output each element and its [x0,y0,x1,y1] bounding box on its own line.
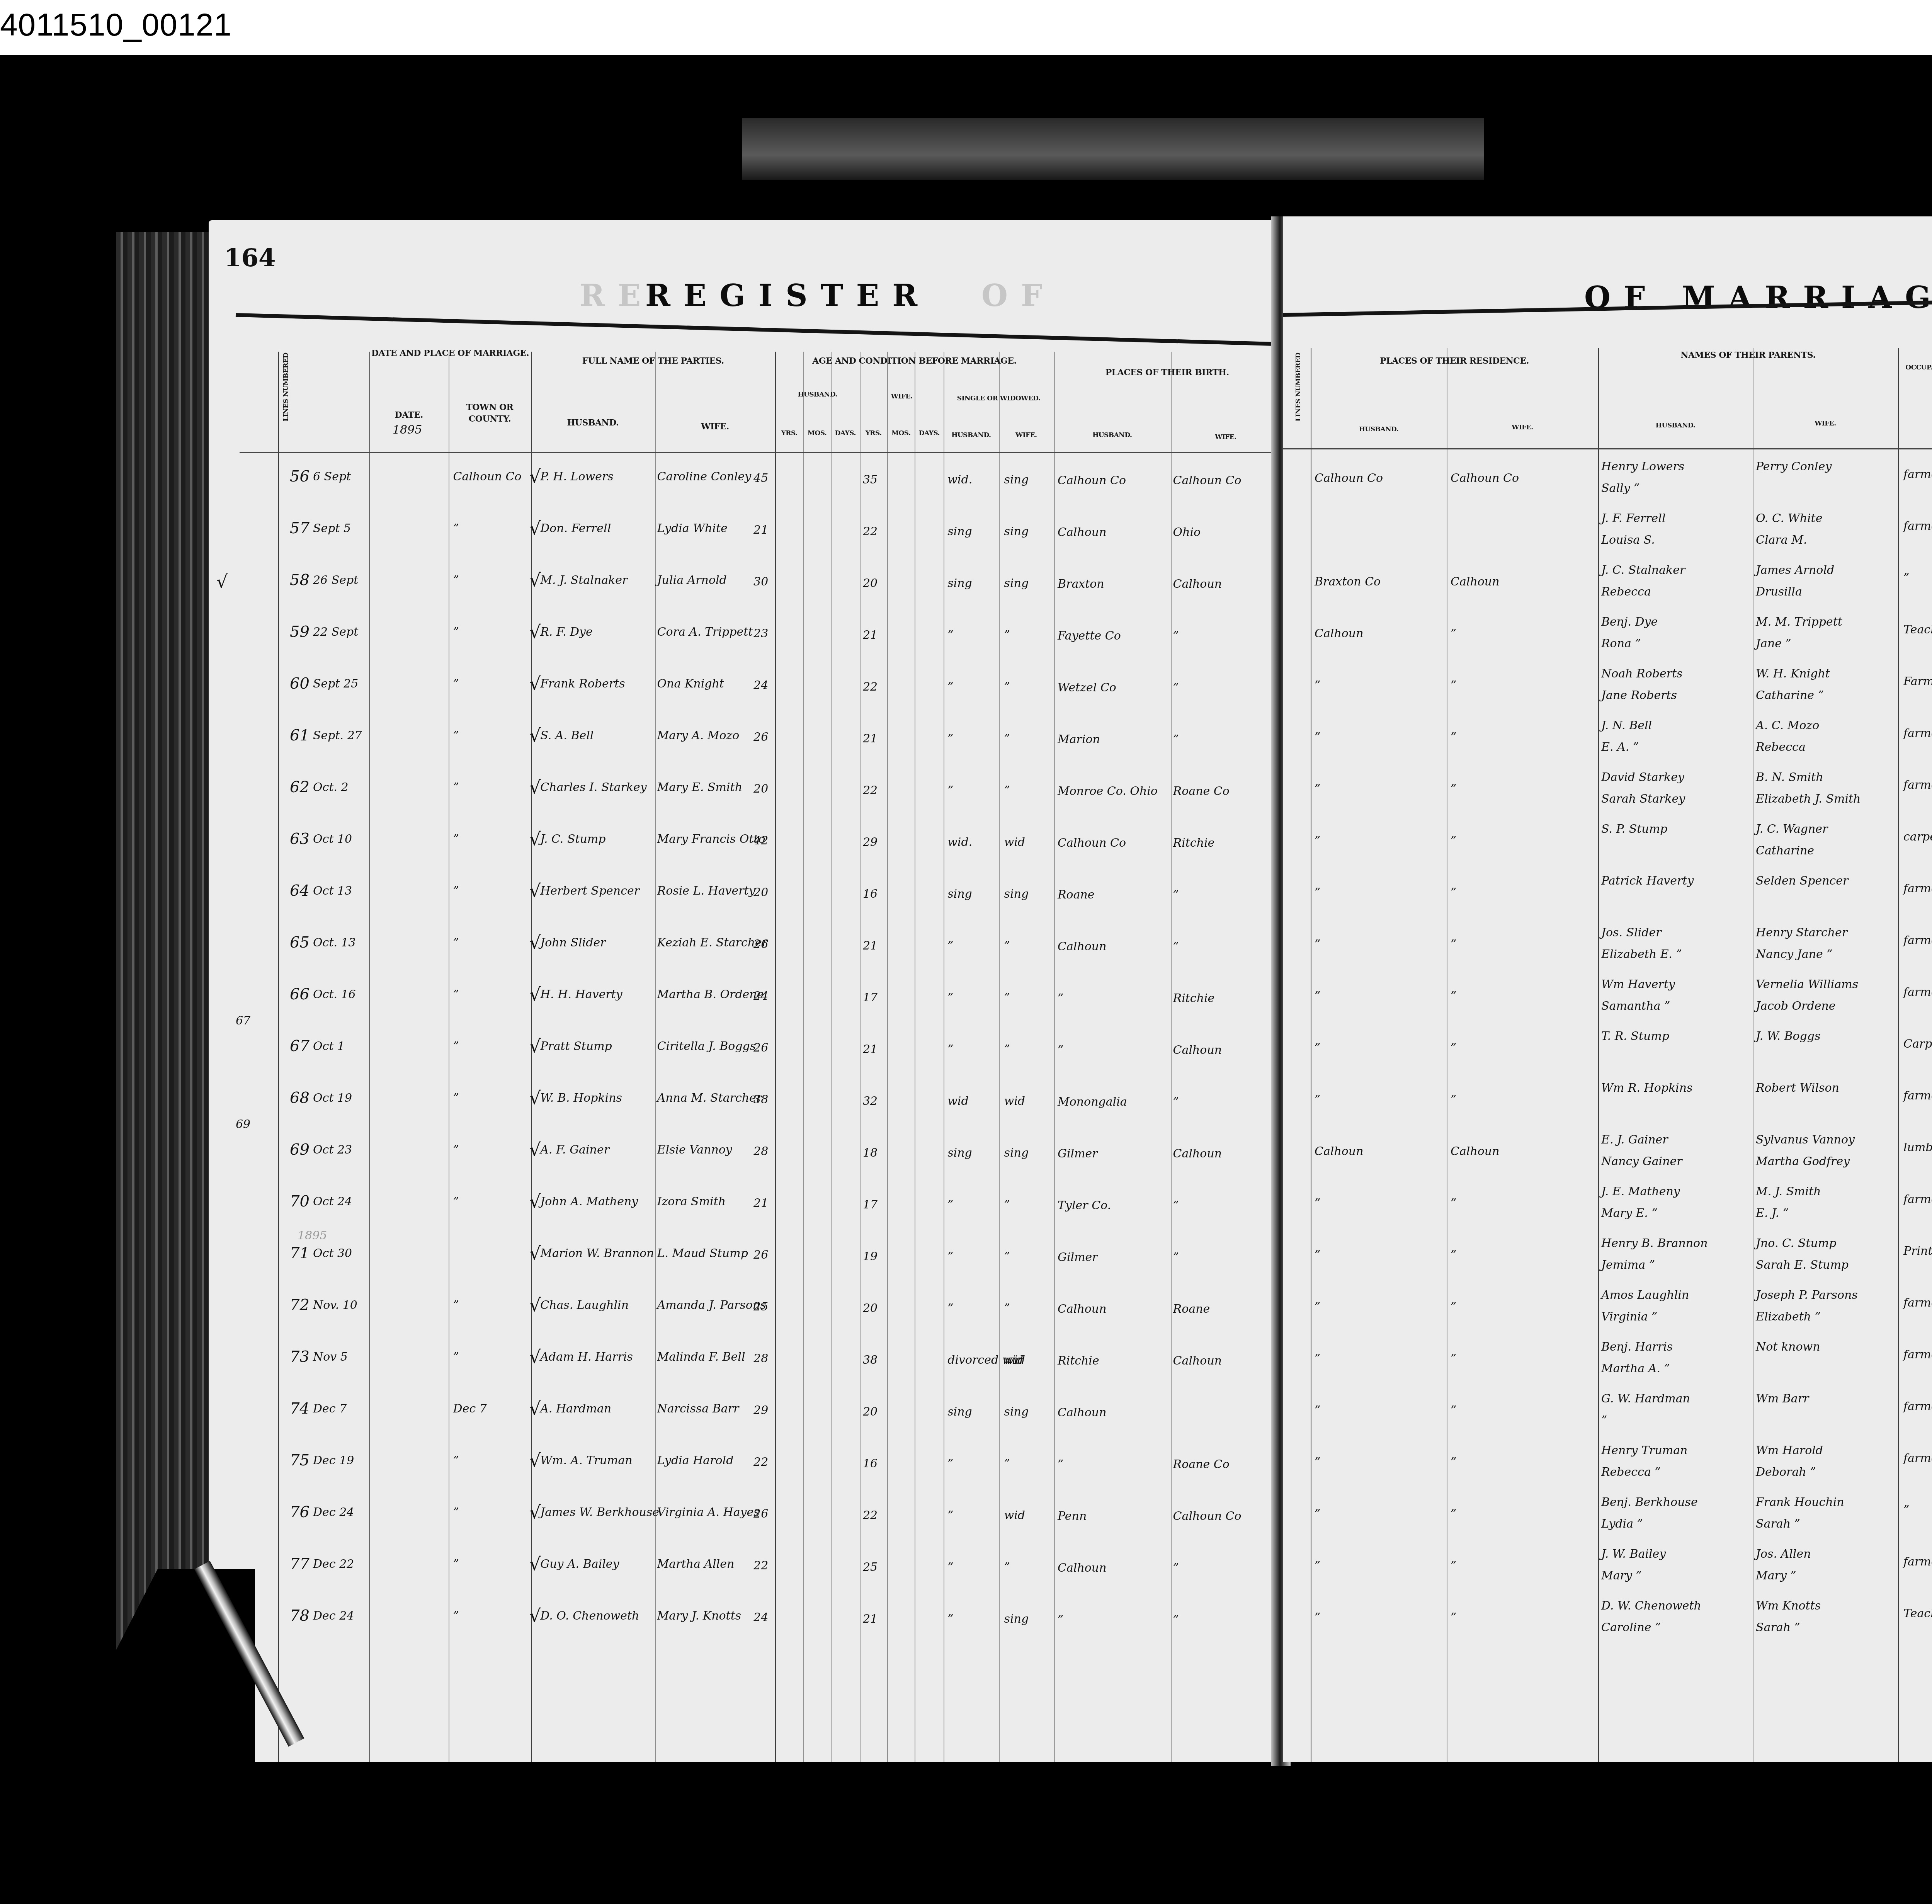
wife-age: 16 [863,887,878,901]
husband-occupation: Carpenter [1903,1037,1932,1051]
wife-birthplace: Calhoun [1173,1354,1222,1368]
husband-name: H. H. Haverty [540,988,622,1001]
check-mark-icon: √ [529,621,541,642]
line-number: 68 [290,1089,310,1107]
line-number: 76 [290,1503,310,1521]
table-row: 77Dec 22”√Guy A. BaileyMartha Allen2225”… [209,1555,1279,1607]
wife-age: 38 [863,1353,878,1367]
husband-name: M. J. Stalnaker [540,573,628,587]
header-mos: Mos. [887,429,915,438]
table-row: 70Oct 24”√John A. MathenyIzora Smith2117… [209,1193,1279,1244]
marriage-town: ” [453,729,459,742]
table-row: 566 SeptCalhoun Co√P. H. LowersCaroline … [209,468,1279,519]
marriage-town: ” [453,1091,459,1105]
wife-condition: ” [1004,1560,1010,1574]
husband-name: Frank Roberts [540,677,625,691]
husband-age: 26 [753,1248,768,1262]
wife-age: 20 [863,1405,878,1419]
wife-parent: Wm Harold [1756,1444,1823,1457]
header-days: Days. [915,429,944,438]
marriage-date: Dec 7 [313,1402,347,1416]
line-number: 67 [290,1037,310,1055]
husband-name: James W. Berkhouse [540,1506,659,1519]
husband-birthplace: Marion [1058,733,1100,746]
header-age-condition: Age and condition before marriage. [775,356,1054,367]
husband-condition: wid. [947,473,972,487]
marriage-date: Nov 5 [313,1350,348,1364]
husband-parent: Benj. Harris [1601,1340,1673,1354]
table-row: 78Dec 24”√D. O. ChenowethMary J. Knotts2… [209,1607,1279,1659]
marriage-town: ” [453,1557,459,1571]
marriage-town: ” [453,884,459,898]
wife-birthplace: Calhoun [1173,1147,1222,1160]
header-parents: Names of their parents. [1598,350,1898,361]
table-row: 76Dec 24”√James W. BerkhouseVirginia A. … [209,1503,1279,1555]
wife-condition: ” [1004,784,1010,797]
table-row: 75Dec 19”√Wm. A. TrumanLydia Harold2216”… [209,1451,1279,1503]
header-bottom-rule [240,452,1275,453]
table-row: 5922 Sept”√R. F. DyeCora A. Trippett2321… [209,623,1279,675]
header-rule [236,313,1279,346]
table-row: Calhoun CoCalhoun CoHenry LowersSally ”P… [1283,464,1932,516]
marriage-town: ” [453,1506,459,1519]
line-number: 63 [290,830,310,848]
wife-parent: James Arnold [1756,563,1834,577]
wife-birthplace: ” [1173,733,1179,746]
husband-age: 21 [753,523,768,537]
husband-residence: ” [1315,1196,1320,1210]
table-row: 60Sept 25”√Frank RobertsOna Knight2422””… [209,675,1279,727]
wife-residence: ” [1451,1404,1456,1417]
header-mos: Mos. [803,429,831,438]
marriage-date: Oct 1 [313,1040,345,1053]
husband-age: 28 [753,1352,768,1365]
wife-birthplace: ” [1173,629,1179,643]
check-mark-icon: √ [529,518,541,539]
husband-name: Adam H. Harris [540,1350,633,1364]
husband-occupation: Teacher [1903,1607,1932,1620]
husband-parent: Amos Laughlin [1601,1288,1689,1302]
wife-name: Cora A. Trippett [657,625,753,639]
table-row: ””Wm R. HopkinsRobert WilsonfarmerW. J. … [1283,1085,1932,1137]
husband-condition: sing [947,887,972,901]
husband-age: 30 [753,575,768,589]
wife-condition: ” [1004,1250,1010,1263]
husband-parent: Wm R. Hopkins [1601,1081,1692,1095]
wife-parent: Wm Knotts [1756,1599,1821,1613]
husband-residence: Calhoun [1315,627,1363,640]
wife-name: Martha B. Ordene [657,988,764,1001]
husband-parent: S. P. Stump [1601,822,1667,836]
wife-parent: Elizabeth ” [1756,1310,1821,1324]
husband-birthplace: ” [1058,1458,1063,1471]
husband-condition: wid. [947,835,972,849]
wife-condition: ” [1004,628,1010,642]
wife-birthplace: Roane Co [1173,1458,1230,1471]
husband-name: A. Hardman [540,1402,611,1416]
husband-occupation: farmer [1903,1193,1932,1206]
husband-parent: Samantha ” [1601,999,1670,1013]
husband-occupation: farmer [1903,985,1932,999]
table-row: ””Henry TrumanRebecca ”Wm HaroldDeborah … [1283,1448,1932,1499]
husband-condition: wid [947,1094,968,1108]
wife-condition: ” [1004,939,1010,953]
husband-age: 26 [753,1507,768,1521]
wife-parent: Perry Conley [1756,460,1832,473]
husband-name: Wm. A. Truman [540,1454,632,1467]
wife-residence: ” [1451,938,1456,951]
husband-age: 22 [753,1455,768,1469]
husband-occupation: carpenter [1903,830,1932,844]
check-mark-icon: √ [529,1243,541,1264]
wife-age: 21 [863,939,878,953]
wife-name: Julia Arnold [657,573,727,587]
wife-residence: ” [1451,886,1456,899]
table-row: ””Noah RobertsJane RobertsW. H. KnightCa… [1283,671,1932,723]
check-mark-icon: √ [529,1346,541,1367]
husband-condition: sing [947,1146,972,1160]
wife-parent: O. C. White [1756,512,1822,525]
wife-age: 20 [863,1302,878,1315]
husband-name: S. A. Bell [540,729,594,742]
wife-condition: wid [1004,1353,1025,1367]
wife-name: Mary E. Smith [657,781,742,794]
husband-parent: J. F. Ferrell [1601,512,1666,525]
wife-age: 19 [863,1250,878,1263]
check-mark-icon: √ [529,880,541,901]
wife-name: Martha Allen [657,1557,735,1571]
husband-birthplace: Monroe Co. Ohio [1058,784,1158,798]
table-row: ””Benj. HarrisMartha A. ”Not knownfarmer… [1283,1344,1932,1396]
husband-occupation: farmer [1903,1089,1932,1103]
wife-name: Virginia A. Hayes [657,1506,760,1519]
margin-note: 69 [236,1118,250,1131]
wife-age: 25 [863,1560,878,1574]
wife-name: Mary J. Knotts [657,1609,742,1623]
wife-age: 22 [863,1509,878,1522]
husband-age: 29 [753,1404,768,1417]
wife-residence: ” [1451,989,1456,1003]
margin-note: 1895 [298,1229,327,1242]
husband-age: 24 [753,679,768,692]
husband-parent: Nancy Gainer [1601,1155,1682,1168]
header-par-wife: Wife. [1753,419,1898,428]
husband-parent: Sally ” [1601,482,1639,495]
table-row: 71Oct 30√Marion W. BrannonL. Maud Stump2… [209,1244,1279,1296]
table-row: 74Dec 7Dec 7√A. HardmanNarcissa Barr2920… [209,1400,1279,1451]
wife-condition: ” [1004,680,1010,694]
husband-occupation: farmer [1903,1348,1932,1361]
header-yrs: Yrs. [860,429,887,438]
husband-age: 42 [753,834,768,847]
husband-name: A. F. Gainer [540,1143,609,1157]
check-mark-icon: √ [529,829,541,849]
husband-occupation: farmer [1903,882,1932,895]
marriage-date: Sept. 27 [313,729,362,742]
husband-parent: D. W. Chenoweth [1601,1599,1701,1613]
husband-birthplace: Gilmer [1058,1147,1098,1160]
husband-condition: ” [947,1302,953,1315]
wife-parent: Sylvanus Vannoy [1756,1133,1855,1147]
marriage-date: Oct 30 [313,1247,352,1260]
line-number: 59 [290,623,310,641]
line-number: 58 [290,571,310,589]
register-banner: REGISTER [645,278,930,313]
wife-condition: sing [1004,1146,1029,1160]
husband-name: Don. Ferrell [540,522,611,535]
wife-parent: Rebecca [1756,740,1806,754]
marriage-town: ” [453,1609,459,1623]
table-row: 72Nov. 10”√Chas. LaughlinAmanda J. Parso… [209,1296,1279,1348]
husband-condition: ” [947,1198,953,1211]
header-full-name: Full name of the parties. [531,356,775,367]
wife-condition: ” [1004,1043,1010,1056]
wife-name: Rosie L. Haverty [657,884,755,898]
marriage-date: Oct 19 [313,1091,352,1105]
check-mark-icon: √ [529,1036,541,1057]
wife-parent: Not known [1756,1340,1820,1354]
husband-occupation: farmer [1903,727,1932,740]
check-mark-icon: √ [529,932,541,953]
wife-residence: Calhoun Co [1451,471,1519,485]
husband-name: Chas. Laughlin [540,1298,629,1312]
table-row: 69Oct 23”√A. F. GainerElsie Vannoy2818si… [209,1141,1279,1193]
table-row: ””D. W. ChenowethCaroline ”Wm KnottsSara… [1283,1603,1932,1655]
table-row: 68Oct 19”√W. B. HopkinsAnna M. Starcher3… [209,1089,1279,1141]
marriage-town: ” [453,781,459,794]
wife-age: 29 [863,835,878,849]
table-row: 57Sept 5”√Don. FerrellLydia White2122sin… [209,519,1279,571]
wife-birthplace: Ohio [1173,526,1201,539]
marriage-date: Oct. 16 [313,988,356,1001]
wife-condition: sing [1004,1612,1029,1626]
wife-parent: Vernelia Williams [1756,978,1858,991]
wife-birthplace: Calhoun [1173,577,1222,591]
marriage-date: Oct 24 [313,1195,352,1208]
wife-parent: Catharine ” [1756,689,1824,702]
husband-condition: sing [947,525,972,538]
husband-occupation: farmer [1903,1451,1932,1465]
wife-age: 21 [863,1612,878,1626]
wife-name: Mary Francis Otto [657,832,765,846]
husband-name: J. C. Stump [540,832,605,846]
husband-birthplace: Calhoun [1058,1561,1106,1575]
line-number: 73 [290,1348,310,1366]
wife-condition: ” [1004,1302,1010,1315]
husband-parent: Jos. Slider [1601,926,1662,939]
table-row: 73Nov 5”√Adam H. HarrisMalinda F. Bell28… [209,1348,1279,1400]
husband-condition: ” [947,939,953,953]
husband-occupation: farmer [1903,778,1932,792]
wife-parent: Jos. Allen [1756,1547,1811,1561]
husband-name: Pratt Stump [540,1040,612,1053]
marriage-date: Oct 23 [313,1143,352,1157]
husband-condition: ” [947,991,953,1004]
husband-parent: Henry Truman [1601,1444,1687,1457]
header-yrs: Yrs. [775,429,803,438]
check-mark-icon: √ [529,725,541,746]
marriage-date: Dec 24 [313,1609,354,1623]
check-mark-icon: √ [529,984,541,1005]
husband-parent: Patrick Haverty [1601,874,1694,888]
wife-parent: W. H. Knight [1756,667,1830,681]
check-mark-icon: √ [529,1191,541,1212]
header-date: Date. [369,410,449,421]
wife-parent: Deborah ” [1756,1465,1816,1479]
register-left-page: 164 RE OF REGISTER Lines NumberedDate an… [209,220,1279,1762]
husband-parent: J. C. Stalnaker [1601,563,1685,577]
husband-occupation: farmer [1903,1296,1932,1310]
wife-condition: sing [1004,577,1029,590]
wife-birthplace: ” [1173,1251,1179,1264]
check-mark-icon: √ [529,1450,541,1471]
wife-age: 17 [863,991,878,1004]
book-edge-left [116,232,209,1762]
wife-parent: E. J. ” [1756,1206,1789,1220]
husband-name: Herbert Spencer [540,884,639,898]
table-row: ””Henry B. BrannonJemima ”Jno. C. StumpS… [1283,1240,1932,1292]
wife-age: 21 [863,628,878,642]
husband-parent: Lydia ” [1601,1517,1643,1531]
wife-name: Ciritella J. Boggs [657,1040,756,1053]
husband-residence: Braxton Co [1315,575,1381,589]
table-row: ””S. P. StumpJ. C. WagnerCatharinecarpen… [1283,826,1932,878]
husband-occupation: Farmer [1903,675,1932,688]
table-row: ””J. W. BaileyMary ”Jos. AllenMary ”farm… [1283,1551,1932,1603]
husband-age: 26 [753,730,768,744]
husband-condition: ” [947,680,953,694]
bleed-through-text: RE [580,278,654,313]
husband-condition: ” [947,732,953,745]
husband-occupation: Printer [1903,1244,1932,1258]
marriage-date: Sept 25 [313,677,358,691]
husband-parent: T. R. Stump [1601,1029,1669,1043]
husband-birthplace: Calhoun Co [1058,836,1126,850]
wife-condition: sing [1004,887,1029,901]
header-age-husband: Husband. [775,390,860,399]
husband-residence: ” [1315,730,1320,744]
wife-parent: Drusilla [1756,585,1802,599]
husband-parent: Henry B. Brannon [1601,1237,1708,1250]
wife-residence: ” [1451,834,1456,847]
husband-age: 38 [753,1093,768,1106]
line-number: 75 [290,1451,310,1469]
husband-occupation: lumberman [1903,1141,1932,1154]
marriage-date: 6 Sept [313,470,351,483]
header-days: Days. [831,429,860,438]
husband-age: 24 [753,1611,768,1624]
book-top-shadow [742,118,1484,180]
header-husband: Husband. [531,417,655,429]
wife-name: Ona Knight [657,677,724,691]
wife-birthplace: Calhoun Co [1173,474,1242,487]
line-number: 78 [290,1607,310,1625]
husband-condition: sing [947,1405,972,1419]
husband-birthplace: Wetzel Co [1058,681,1116,694]
husband-birthplace: Gilmer [1058,1251,1098,1264]
husband-occupation: farmer [1903,934,1932,947]
husband-residence: ” [1315,1300,1320,1314]
marriage-town: ” [453,1040,459,1053]
husband-age: 24 [753,989,768,1003]
marriage-town: Dec 7 [453,1402,487,1416]
register-right-page: 165 OF MARRIAGES. Lines NumberedPlaces o… [1283,216,1932,1762]
wife-parent: Selden Spencer [1756,874,1848,888]
wife-age: 21 [863,1043,878,1056]
header-age-wife: Wife. [860,392,944,401]
husband-condition: ” [947,1509,953,1522]
wife-residence: Calhoun [1451,575,1499,589]
wife-parent: Jane ” [1756,637,1791,650]
husband-name: Marion W. Brannon [540,1247,654,1260]
wife-birthplace: ” [1173,1561,1179,1575]
wife-birthplace: Ritchie [1173,836,1215,850]
husband-birthplace: Ritchie [1058,1354,1099,1368]
wife-parent: Henry Starcher [1756,926,1847,939]
table-row: ””Amos LaughlinVirginia ”Joseph P. Parso… [1283,1292,1932,1344]
wife-parent: Frank Houchin [1756,1496,1844,1509]
header-single-widowed: Single or Widowed. [944,394,1054,403]
husband-parent: Noah Roberts [1601,667,1682,681]
table-row: ””Benj. BerkhouseLydia ”Frank HouchinSar… [1283,1499,1932,1551]
header-residence: Places of their residence. [1311,356,1598,367]
marriage-date: Nov. 10 [313,1298,357,1312]
wife-age: 22 [863,680,878,694]
wife-parent: Sarah ” [1756,1621,1800,1634]
table-row: ””Patrick HavertySelden SpencerfarmerJ. … [1283,878,1932,930]
wife-name: Elsie Vannoy [657,1143,732,1157]
wife-parent: Clara M. [1756,533,1807,547]
header-birth-husband: Husband. [1054,431,1171,440]
wife-name: Caroline Conley [657,470,752,483]
wife-birthplace: ” [1173,888,1179,902]
table-row: CalhounCalhounE. J. GainerNancy GainerSy… [1283,1137,1932,1189]
husband-residence: ” [1315,1455,1320,1469]
husband-birthplace: Calhoun [1058,940,1106,953]
wife-name: Malinda F. Bell [657,1350,745,1364]
husband-condition: ” [947,628,953,642]
check-mark-icon: √ [529,1502,541,1523]
wife-age: 35 [863,473,878,487]
husband-parent: David Starkey [1601,771,1684,784]
husband-parent: J. W. Bailey [1601,1547,1666,1561]
table-row: ””G. W. Hardman”Wm BarrfarmerH. M. Smith… [1283,1396,1932,1448]
wife-parent: Martha Godfrey [1756,1155,1850,1168]
wife-condition: sing [1004,473,1029,487]
wife-name: Keziah E. Starcher [657,936,768,949]
wife-condition: wid [1004,1509,1025,1522]
line-number: 62 [290,778,310,796]
header-sw-wife: Wife. [999,431,1054,440]
husband-residence: ” [1315,679,1320,692]
wife-parent: M. J. Smith [1756,1185,1821,1198]
husband-parent: E. A. ” [1601,740,1639,754]
wife-parent: J. W. Boggs [1756,1029,1820,1043]
wife-birthplace: ” [1173,1613,1179,1627]
line-number: 61 [290,727,310,744]
table-row: √5826 Sept”√M. J. StalnakerJulia Arnold3… [209,571,1279,623]
husband-name: D. O. Chenoweth [540,1609,639,1623]
wife-birthplace: Calhoun Co [1173,1509,1242,1523]
marriage-date: Oct. 13 [313,936,356,949]
table-row: Calhoun”Benj. DyeRona ”M. M. TrippettJan… [1283,619,1932,671]
film-frame-label: 4011510_00121 [0,7,232,43]
husband-age: 28 [753,1145,768,1158]
marriage-date: Oct. 2 [313,781,349,794]
marriage-town: ” [453,573,459,587]
husband-birthplace: ” [1058,992,1063,1005]
husband-parent: G. W. Hardman [1601,1392,1690,1405]
